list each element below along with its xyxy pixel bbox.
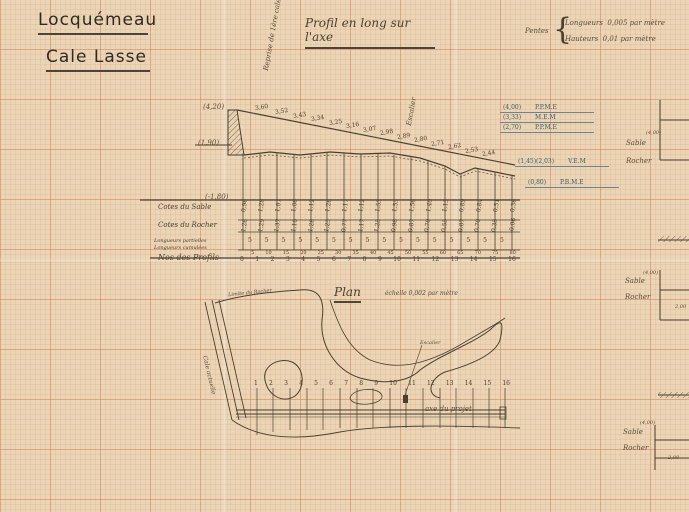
level-row: (0,80)P.B.M.E bbox=[525, 178, 619, 188]
level-row: (1,45)(2,03)V.E.M bbox=[515, 157, 609, 167]
level-row: (4,00)P.P.M.E bbox=[500, 103, 594, 113]
cell: 5 bbox=[416, 237, 420, 244]
cell: 2 bbox=[269, 380, 273, 387]
cell: 3 bbox=[286, 256, 290, 263]
cell: 1 bbox=[254, 380, 258, 387]
cell: 11 bbox=[408, 380, 416, 387]
section-rocher: Rocher bbox=[626, 157, 651, 165]
project-axis-label: axe du projet bbox=[425, 405, 472, 413]
cell: 5 bbox=[315, 237, 319, 244]
cell: 0 bbox=[240, 256, 244, 263]
cell: 12 bbox=[427, 380, 435, 387]
cell: 13 bbox=[451, 256, 459, 263]
cell: 9 bbox=[374, 380, 378, 387]
plan-scale: échelle 0,002 par mètre bbox=[385, 290, 458, 297]
level-row: (2,70)P.P.M.E bbox=[500, 123, 594, 133]
rocher-row: 1,26 1,29 1,37 1,10 1,28 1,25 0,77 1,17 … bbox=[238, 222, 520, 229]
cell: 16 bbox=[502, 380, 510, 387]
cell: 5 bbox=[349, 237, 353, 244]
cell: 10 bbox=[389, 380, 397, 387]
cell: 5 bbox=[282, 237, 286, 244]
cell: 5 bbox=[298, 237, 302, 244]
cell: 15 bbox=[489, 256, 497, 263]
section-sable: Sable bbox=[625, 277, 645, 285]
section-elevation: (4,00) bbox=[646, 130, 661, 136]
cell: 5 bbox=[382, 237, 386, 244]
cell: 7 bbox=[344, 380, 348, 387]
cell: 5 bbox=[500, 237, 504, 244]
staircase-label: Escalier bbox=[420, 340, 441, 346]
cell: 8 bbox=[363, 256, 367, 263]
cell: 1 bbox=[255, 256, 259, 263]
cell: 5 bbox=[450, 237, 454, 244]
level-legend: (4,00)P.P.M.E (3,33)M.E.M (2,70)P.P.M.E bbox=[500, 103, 594, 133]
cell: 6 bbox=[332, 256, 336, 263]
cell: 5 bbox=[483, 237, 487, 244]
section-sable: Sable bbox=[626, 139, 646, 147]
sable-row: 0,96 1,28 1,07 1,06 1,12 1,26 1,17 1,12 … bbox=[238, 202, 520, 209]
mid-elevation: (1,90) bbox=[198, 139, 219, 147]
cell: 5 bbox=[248, 237, 252, 244]
level-row: (3,33)M.E.M bbox=[500, 113, 594, 123]
section-width: 2,00 bbox=[668, 455, 679, 461]
cell: 7 bbox=[347, 256, 351, 263]
plan-title: Plan bbox=[334, 285, 361, 303]
cell: 10 bbox=[393, 256, 401, 263]
cell: 8 bbox=[359, 380, 363, 387]
partielles-row: 5 5 5 5 5 5 5 5 5 5 5 5 5 5 5 5 bbox=[248, 237, 504, 244]
cell: 5 bbox=[433, 237, 437, 244]
row-label-partielles: Longueurs partielles bbox=[154, 238, 207, 244]
row-label-cumulees: Longueurs cumulées bbox=[154, 245, 207, 251]
row-label-sable: Cotes du Sable bbox=[158, 203, 211, 211]
cell: 16 bbox=[508, 256, 516, 263]
cell: 6 bbox=[329, 380, 333, 387]
section-sable: Sable bbox=[623, 428, 643, 436]
cell: 5 bbox=[314, 380, 318, 387]
cell: 5 bbox=[332, 237, 336, 244]
cell: 4 bbox=[301, 256, 305, 263]
datum-elevation: (-1,80) bbox=[205, 193, 228, 201]
cell: 5 bbox=[399, 237, 403, 244]
profils-row: 0 1 2 3 4 5 6 7 8 9 10 11 12 13 14 15 16 bbox=[240, 256, 516, 263]
cell: 5 bbox=[466, 237, 470, 244]
section-width: 2,00 bbox=[675, 304, 686, 310]
cell: 14 bbox=[470, 256, 478, 263]
row-label-rocher: Cotes du Rocher bbox=[158, 221, 217, 229]
cell: 9 bbox=[378, 256, 382, 263]
cell: 5 bbox=[265, 237, 269, 244]
section-rocher: Rocher bbox=[625, 293, 650, 301]
top-elevation: (4,20) bbox=[203, 103, 224, 111]
cell: 2 bbox=[271, 256, 275, 263]
cell: 12 bbox=[432, 256, 440, 263]
cell: 5 bbox=[366, 237, 370, 244]
section-rocher: Rocher bbox=[623, 444, 648, 452]
cell: 5 bbox=[317, 256, 321, 263]
plan-profile-numbers: 1 2 3 4 5 6 7 8 9 10 11 12 13 14 15 16 bbox=[254, 380, 510, 387]
cell: 11 bbox=[412, 256, 420, 263]
section-elevation: (4,00) bbox=[643, 270, 658, 276]
cell: 15 bbox=[484, 380, 492, 387]
section-elevation: (4,00) bbox=[640, 420, 655, 426]
cell: 14 bbox=[465, 380, 473, 387]
row-label-profils: Nos des Profils bbox=[158, 253, 219, 262]
cell: 13 bbox=[446, 380, 454, 387]
cell: 3 bbox=[284, 380, 288, 387]
cell: 4 bbox=[299, 380, 303, 387]
